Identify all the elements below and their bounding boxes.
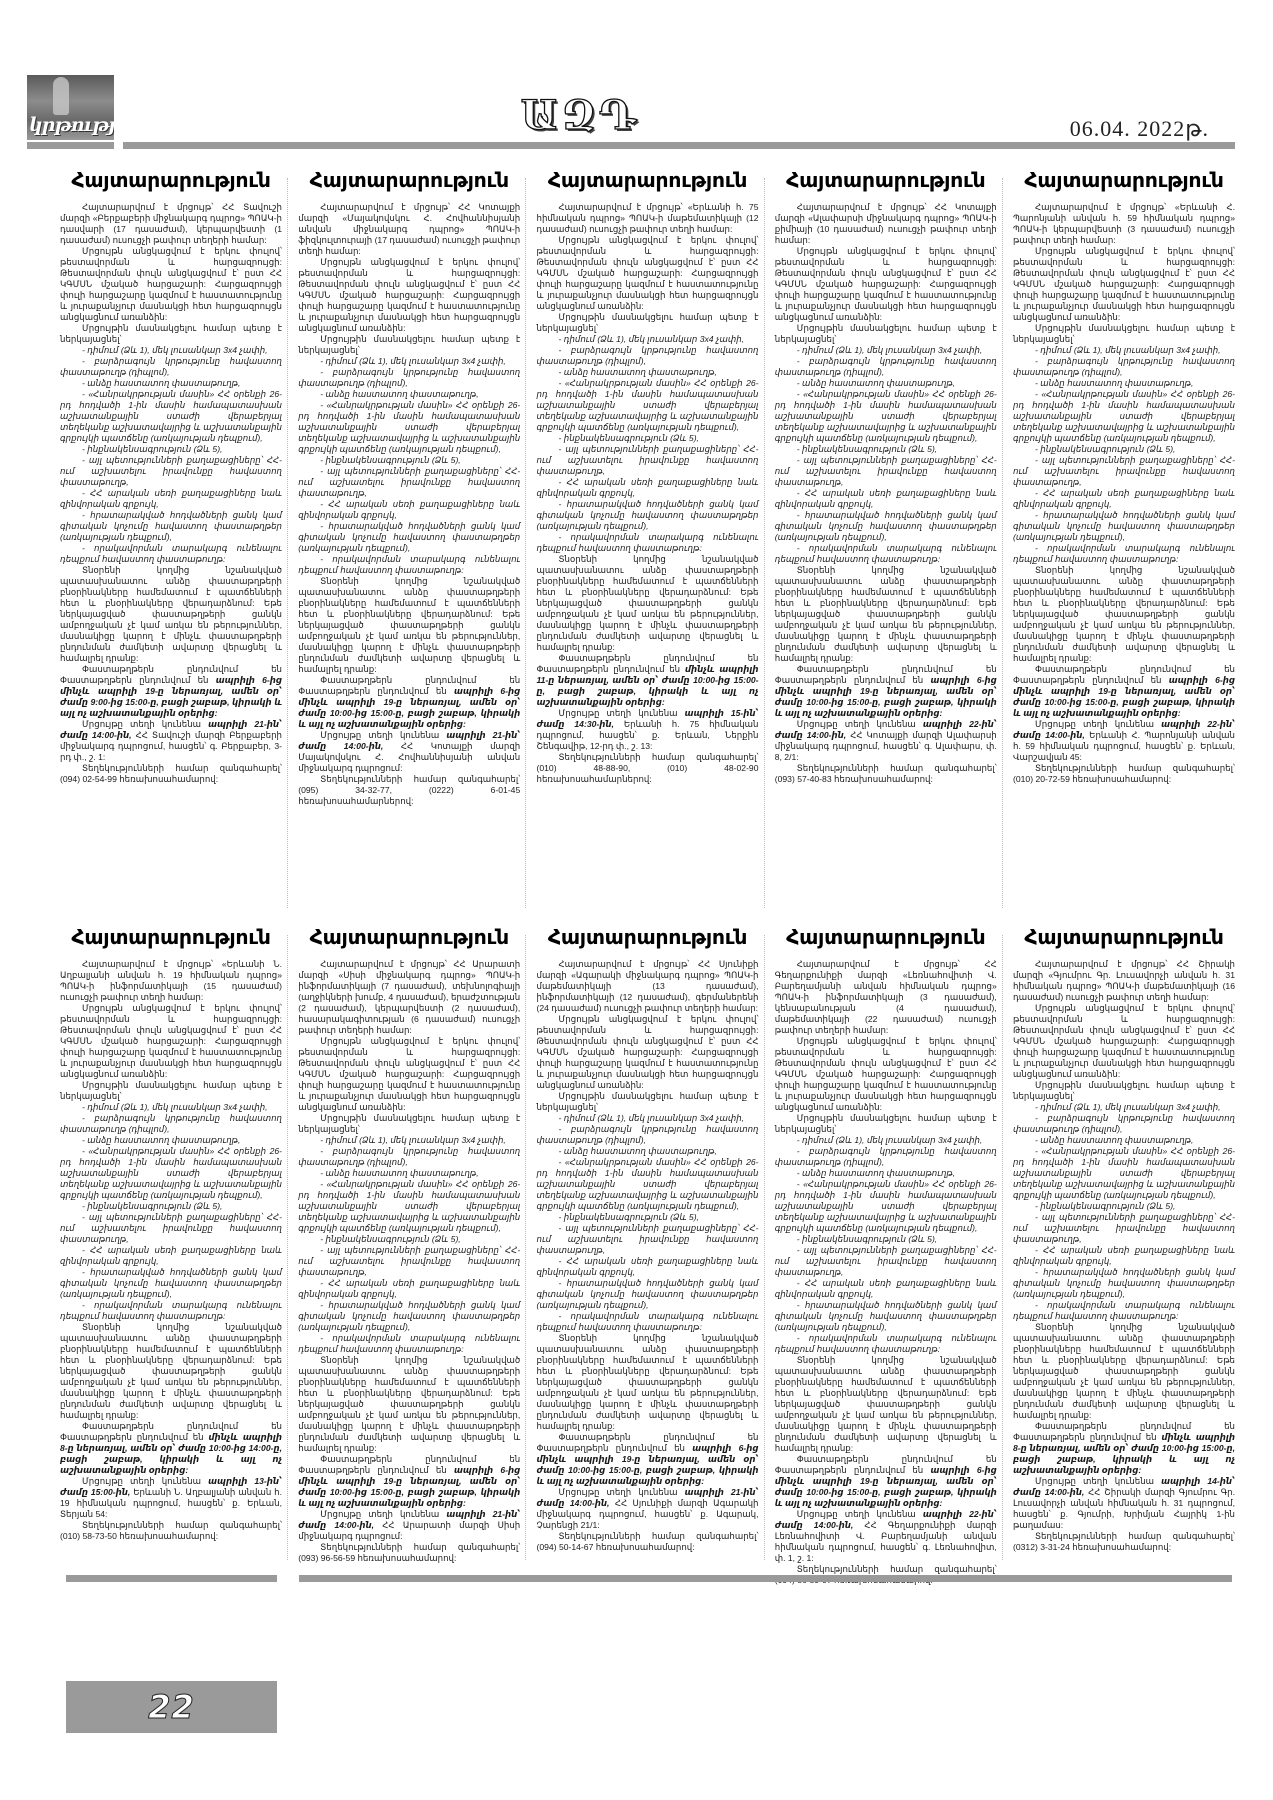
requirement-item: - ՀՀ արական սեռի քաղաքացիները նաև զինվոր… — [298, 1278, 520, 1300]
requirement-item: - այլ պետությունների քաղաքացիները՝ ՀՀ-ու… — [537, 444, 759, 477]
announcement-intro: Հայտարարվում է մրցույթ՝ ՀՀ Տավուշի մարզի… — [60, 202, 282, 246]
requirement-item: - ՀՀ արական սեռի քաղաքացիները նաև զինվոր… — [775, 488, 997, 510]
announcement-venue: Մրցույթը տեղի կունենա ապրիլի 21-ին՝ ժամը… — [298, 730, 520, 774]
requirement-item: - հրատարակված հոդվածների ցանկ կամ գիտակա… — [298, 521, 520, 554]
requirement-item: - հրատարակված հոդվածների ցանկ կամ գիտակա… — [1013, 1267, 1235, 1300]
column-separator — [525, 178, 526, 908]
announcement-heading: Հայտարարություն — [537, 925, 759, 949]
announcement-deadline: Փաստաթղթերն ընդունվում են Փաստաթղթերն ըն… — [60, 664, 282, 719]
requirement-item: - անձը հաստատող փաստաթուղթ, — [60, 378, 282, 389]
requirement-item: - ինքնակենսագրություն (Ձև 5), — [537, 1212, 759, 1223]
requirement-item: - հրատարակված հոդվածների ցանկ կամ գիտակա… — [537, 1278, 759, 1311]
announcement-stages: Մրցույթն անցկացվում է երկու փուլով՝ թեստ… — [298, 1036, 520, 1113]
announcement-deadline: Փաստաթղթերն ընդունվում են Փաստաթղթերն ըն… — [1013, 1421, 1235, 1476]
announcement-heading: Հայտարարություն — [1013, 925, 1235, 949]
requirement-item: - ինքնակենսագրություն (Ձև 5), — [60, 444, 282, 455]
announcements-row-bottom: Հայտարարություն Հայտարարվում է մրցույթ՝ … — [60, 925, 1235, 1560]
requirement-item: - անձը հաստատող փաստաթուղթ, — [60, 1135, 282, 1146]
announcement-stages: Մրցույթն անցկացվում է երկու փուլով՝ թեստ… — [537, 1014, 759, 1091]
requirement-item: - հրատարակված հոդվածների ցանկ կամ գիտակա… — [1013, 510, 1235, 543]
requirement-item: - դիմում (Ձև 1), մեկ լուսանկար 3x4 չափի, — [60, 345, 282, 356]
requirement-item: - անձը հաստատող փաստաթուղթ, — [537, 1146, 759, 1157]
announcement-2: Հայտարարություն Հայտարարվում է մրցույթ՝ … — [298, 925, 520, 1560]
page-number-box: 22 — [66, 1681, 277, 1733]
requirement-item: - այլ պետությունների քաղաքացիները՝ ՀՀ-ու… — [775, 1245, 997, 1278]
announcement-docs-check: Տնօրենի կողմից նշանակված պատասխանատու ան… — [775, 1355, 997, 1454]
announcement-stages: Մրցույթն անցկացվում է երկու փուլով՝ թեստ… — [775, 1036, 997, 1113]
announcement-stages: Մրցույթն անցկացվում է երկու փուլով՝ թեստ… — [775, 246, 997, 323]
announcement-intro: Հայտարարվում է մրցույթ՝ ՀՀ Սյունիքի մարզ… — [537, 959, 759, 1014]
requirement-item: - ինքնակենսագրություն (Ձև 5), — [775, 1234, 997, 1245]
announcement-3: Հայտարարություն Հայտարարվում է մրցույթ՝ … — [537, 925, 759, 1560]
announcement-deadline: Փաստաթղթերն ընդունվում են Փաստաթղթերն ըն… — [775, 1454, 997, 1509]
requirement-item: - «Հանրակրթության մասին» ՀՀ օրենքի 26-րդ… — [775, 1179, 997, 1234]
column-separator — [1002, 178, 1003, 908]
requirement-item: - «Հանրակրթության մասին» ՀՀ օրենքի 26-րդ… — [298, 1179, 520, 1234]
announcement-requirements-lead: Մրցույթին մասնակցելու համար պետք է ներկա… — [60, 1080, 282, 1102]
announcement-venue: Մրցույթը տեղի կունենա ապրիլի 21-ին՝ ժամը… — [60, 719, 282, 763]
requirement-item: - ինքնակենսագրություն (Ձև 5), — [60, 1201, 282, 1212]
requirements-list: - դիմում (Ձև 1), մեկ լուսանկար 3x4 չափի,… — [60, 1102, 282, 1322]
announcement-docs-check: Տնօրենի կողմից նշանակված պատասխանատու ան… — [537, 1333, 759, 1432]
announcement-contact: Տեղեկությունների համար զանգահարել՝ (095)… — [298, 774, 520, 807]
requirement-item: - հրատարակված հոդվածների ցանկ կամ գիտակա… — [775, 1300, 997, 1333]
requirement-item: - որակավորման տարակարգ ունենալու դեպքում… — [1013, 1300, 1235, 1322]
column-separator — [525, 935, 526, 1560]
requirement-item: - որակավորման տարակարգ ունենալու դեպքում… — [60, 543, 282, 565]
announcement-intro: Հայտարարվում է մրցույթ՝ ՀՀ Կոտայքի մարզի… — [298, 202, 520, 257]
requirement-item: - «Հանրակրթության մասին» ՀՀ օրենքի 26-րդ… — [775, 389, 997, 444]
announcement-2: Հայտարարություն Հայտարարվում է մրցույթ՝ … — [298, 168, 520, 908]
announcement-venue: Մրցույթը տեղի կունենա ապրիլի 22-ին՝ ժամը… — [775, 719, 997, 763]
statue-image — [53, 77, 69, 115]
requirement-item: - այլ պետությունների քաղաքացիները՝ ՀՀ-ու… — [60, 1212, 282, 1245]
announcement-heading: Հայտարարություն — [60, 168, 282, 192]
announcement-heading: Հայտարարություն — [298, 168, 520, 192]
announcement-4: Հայտարարություն Հայտարարվում է մրցույթ՝ … — [775, 168, 997, 908]
announcement-5: Հայտարարություն Հայտարարվում է մրցույթ՝ … — [1013, 168, 1235, 908]
requirement-item: - որակավորման տարակարգ ունենալու դեպքում… — [60, 1300, 282, 1322]
requirement-item: - անձը հաստատող փաստաթուղթ, — [775, 1168, 997, 1179]
announcement-intro: Հայտարարվում է մրցույթ՝ ՀՀ Շիրակի մարզի … — [1013, 959, 1235, 1003]
requirement-item: - ՀՀ արական սեռի քաղաքացիները նաև զինվոր… — [60, 1245, 282, 1267]
announcement-venue: Մրցույթը տեղի կունենա ապրիլի 21-ին՝ ժամը… — [298, 1509, 520, 1542]
column-separator — [287, 178, 288, 908]
section-logo: կրթություն — [27, 75, 114, 140]
announcement-stages: Մրցույթն անցկացվում է երկու փուլով՝ թեստ… — [298, 257, 520, 334]
announcement-contact: Տեղեկությունների համար զանգահարել՝ (0312… — [1013, 1531, 1235, 1553]
logo-underline-bar — [27, 142, 114, 149]
announcement-venue: Մրցույթը տեղի կունենա ապրիլի 15-ին՝ ժամը… — [537, 708, 759, 752]
header-rule — [123, 142, 1235, 149]
requirements-list: - դիմում (Ձև 1), մեկ լուսանկար 3x4 չափի,… — [775, 1135, 997, 1355]
requirements-list: - դիմում (Ձև 1), մեկ լուսանկար 3x4 չափի,… — [775, 345, 997, 565]
requirement-item: - «Հանրակրթության մասին» ՀՀ օրենքի 26-րդ… — [1013, 1146, 1235, 1201]
announcement-requirements-lead: Մրցույթին մասնակցելու համար պետք է ներկա… — [298, 1113, 520, 1135]
requirement-item: - այլ պետությունների քաղաքացիները՝ ՀՀ-ու… — [1013, 455, 1235, 488]
requirement-item: - դիմում (Ձև 1), մեկ լուսանկար 3x4 չափի, — [537, 334, 759, 345]
requirements-list: - դիմում (Ձև 1), մեկ լուսանկար 3x4 չափի,… — [298, 1135, 520, 1355]
requirement-item: - բարձրագույն կրթությունը հավաստող փաստա… — [537, 1124, 759, 1146]
announcement-heading: Հայտարարություն — [60, 925, 282, 949]
announcement-requirements-lead: Մրցույթին մասնակցելու համար պետք է ներկա… — [298, 334, 520, 356]
requirement-item: - դիմում (Ձև 1), մեկ լուսանկար 3x4 չափի, — [298, 1135, 520, 1146]
requirement-item: - դիմում (Ձև 1), մեկ լուսանկար 3x4 չափի, — [1013, 345, 1235, 356]
requirement-item: - այլ պետությունների քաղաքացիները՝ ՀՀ-ու… — [775, 455, 997, 488]
requirement-item: - այլ պետությունների քաղաքացիները՝ ՀՀ-ու… — [60, 455, 282, 488]
announcement-deadline: Փաստաթղթերն ընդունվում են Փաստաթղթերն ըն… — [537, 1432, 759, 1487]
column-separator — [764, 178, 765, 908]
requirement-item: - այլ պետությունների քաղաքացիները՝ ՀՀ-ու… — [298, 466, 520, 499]
requirements-list: - դիմում (Ձև 1), մեկ լուսանկար 3x4 չափի,… — [1013, 1102, 1235, 1322]
requirement-item: - այլ պետությունների քաղաքացիները՝ ՀՀ-ու… — [537, 1223, 759, 1256]
requirement-item: - դիմում (Ձև 1), մեկ լուսանկար 3x4 չափի, — [298, 356, 520, 367]
announcement-deadline: Փաստաթղթերն ընդունվում են Փաստաթղթերն ըն… — [298, 1454, 520, 1509]
requirement-item: - հրատարակված հոդվածների ցանկ կամ գիտակա… — [60, 510, 282, 543]
announcement-contact: Տեղեկությունների համար զանգահարել՝ (093)… — [298, 1542, 520, 1564]
section-logo-text: կրթություն — [29, 114, 112, 136]
requirement-item: - ինքնակենսագրություն (Ձև 5), — [775, 444, 997, 455]
announcement-3: Հայտարարություն Հայտարարվում է մրցույթ՝ … — [537, 168, 759, 908]
announcement-heading: Հայտարարություն — [1013, 168, 1235, 192]
requirement-item: - որակավորման տարակարգ ունենալու դեպքում… — [775, 1333, 997, 1355]
announcement-5: Հայտարարություն Հայտարարվում է մրցույթ՝ … — [1013, 925, 1235, 1560]
announcement-deadline: Փաստաթղթերն ընդունվում են Փաստաթղթերն ըն… — [60, 1421, 282, 1476]
requirement-item: - անձը հաստատող փաստաթուղթ, — [537, 367, 759, 378]
requirement-item: - ՀՀ արական սեռի քաղաքացիները նաև զինվոր… — [1013, 488, 1235, 510]
announcement-contact: Տեղեկությունների համար զանգահարել՝ (094)… — [537, 1531, 759, 1553]
announcements-row-top: Հայտարարություն Հայտարարվում է մրցույթ՝ … — [60, 168, 1235, 908]
requirement-item: - ՀՀ արական սեռի քաղաքացիները նաև զինվոր… — [537, 1256, 759, 1278]
announcement-docs-check: Տնօրենի կողմից նշանակված պատասխանատու ան… — [298, 576, 520, 675]
footer-rule-right — [299, 1575, 1232, 1582]
requirement-item: - դիմում (Ձև 1), մեկ լուսանկար 3x4 չափի, — [60, 1102, 282, 1113]
requirement-item: - դիմում (Ձև 1), մեկ լուսանկար 3x4 չափի, — [775, 345, 997, 356]
announcement-docs-check: Տնօրենի կողմից նշանակված պատասխանատու ան… — [1013, 565, 1235, 664]
column-separator — [1002, 935, 1003, 1560]
requirement-item: - ինքնակենսագրություն (Ձև 5), — [1013, 444, 1235, 455]
requirement-item: - «Հանրակրթության մասին» ՀՀ օրենքի 26-րդ… — [537, 1157, 759, 1212]
requirement-item: - որակավորման տարակարգ ունենալու դեպքում… — [298, 1333, 520, 1355]
announcement-1: Հայտարարություն Հայտարարվում է մրցույթ՝ … — [60, 925, 282, 1560]
announcement-stages: Մրցույթն անցկացվում է երկու փուլով՝ թեստ… — [60, 246, 282, 323]
requirement-item: - «Հանրակրթության մասին» ՀՀ օրենքի 26-րդ… — [60, 389, 282, 444]
requirement-item: - «Հանրակրթության մասին» ՀՀ օրենքի 26-րդ… — [537, 378, 759, 433]
announcement-requirements-lead: Մրցույթին մասնակցելու համար պետք է ներկա… — [1013, 1080, 1235, 1102]
requirement-item: - որակավորման տարակարգ ունենալու դեպքում… — [537, 532, 759, 554]
announcement-deadline: Փաստաթղթերն ընդունվում են Փաստաթղթերն ըն… — [537, 653, 759, 708]
requirement-item: - դիմում (Ձև 1), մեկ լուսանկար 3x4 չափի, — [775, 1135, 997, 1146]
announcement-requirements-lead: Մրցույթին մասնակցելու համար պետք է ներկա… — [60, 323, 282, 345]
issue-date: 06.04. 2022թ. — [1070, 116, 1209, 142]
announcement-requirements-lead: Մրցույթին մասնակցելու համար պետք է ներկա… — [1013, 323, 1235, 345]
requirement-item: - ինքնակենսագրություն (Ձև 5), — [537, 433, 759, 444]
announcement-requirements-lead: Մրցույթին մասնակցելու համար պետք է ներկա… — [537, 1091, 759, 1113]
requirement-item: - բարձրագույն կրթությունը հավաստող փաստա… — [60, 1113, 282, 1135]
announcement-venue: Մրցույթը տեղի կունենա ապրիլի 22-ին՝ ժամը… — [775, 1509, 997, 1564]
requirements-list: - դիմում (Ձև 1), մեկ լուսանկար 3x4 չափի,… — [60, 345, 282, 565]
requirement-item: - ինքնակենսագրություն (Ձև 5), — [1013, 1201, 1235, 1212]
requirement-item: - անձը հաստատող փաստաթուղթ, — [1013, 378, 1235, 389]
announcement-docs-check: Տնօրենի կողմից նշանակված պատասխանատու ան… — [775, 565, 997, 664]
announcement-heading: Հայտարարություն — [298, 925, 520, 949]
announcement-docs-check: Տնօրենի կողմից նշանակված պատասխանատու ան… — [60, 565, 282, 664]
announcement-requirements-lead: Մրցույթին մասնակցելու համար պետք է ներկա… — [537, 312, 759, 334]
announcement-intro: Հայտարարվում է մրցույթ՝ «Երևանի հ. 75 հի… — [537, 202, 759, 235]
announcement-1: Հայտարարություն Հայտարարվում է մրցույթ՝ … — [60, 168, 282, 908]
announcement-contact: Տեղեկությունների համար զանգահարել՝ (010)… — [60, 1520, 282, 1542]
requirement-item: - բարձրագույն կրթությունը հավաստող փաստա… — [298, 1146, 520, 1168]
requirement-item: - հրատարակված հոդվածների ցանկ կամ գիտակա… — [298, 1300, 520, 1333]
announcement-docs-check: Տնօրենի կողմից նշանակված պատասխանատու ան… — [60, 1322, 282, 1421]
requirement-item: - որակավորման տարակարգ ունենալու դեպքում… — [537, 1311, 759, 1333]
requirement-item: - հրատարակված հոդվածների ցանկ կամ գիտակա… — [60, 1267, 282, 1300]
requirements-list: - դիմում (Ձև 1), մեկ լուսանկար 3x4 չափի,… — [1013, 345, 1235, 565]
requirement-item: - ՀՀ արական սեռի քաղաքացիները նաև զինվոր… — [775, 1278, 997, 1300]
announcement-intro: Հայտարարվում է մրցույթ՝ «Երևանի Ն. Աղբալ… — [60, 959, 282, 1003]
requirement-item: - անձը հաստատող փաստաթուղթ, — [1013, 1135, 1235, 1146]
requirement-item: - ՀՀ արական սեռի քաղաքացիները նաև զինվոր… — [1013, 1245, 1235, 1267]
requirement-item: - ՀՀ արական սեռի քաղաքացիները նաև զինվոր… — [298, 499, 520, 521]
announcement-stages: Մրցույթն անցկացվում է երկու փուլով՝ թեստ… — [60, 1003, 282, 1080]
requirement-item: - բարձրագույն կրթությունը հավաստող փաստա… — [298, 367, 520, 389]
announcement-docs-check: Տնօրենի կողմից նշանակված պատասխանատու ան… — [537, 554, 759, 653]
announcement-intro: Հայտարարվում է մրցույթ՝ ՀՀ Կոտայքի մարզի… — [775, 202, 997, 246]
announcement-contact: Տեղեկությունների համար զանգահարել՝ (010)… — [537, 752, 759, 785]
announcement-venue: Մրցույթը տեղի կունենա ապրիլի 22-ին՝ ժամը… — [1013, 719, 1235, 763]
announcement-requirements-lead: Մրցույթին մասնակցելու համար պետք է ներկա… — [775, 323, 997, 345]
announcement-venue: Մրցույթը տեղի կունենա ապրիլի 13-ին՝ ժամը… — [60, 1476, 282, 1520]
announcement-4: Հայտարարություն Հայտարարվում է մրցույթ՝ … — [775, 925, 997, 1560]
announcement-deadline: Փաստաթղթերն ընդունվում են Փաստաթղթերն ըն… — [298, 675, 520, 730]
requirements-list: - դիմում (Ձև 1), մեկ լուսանկար 3x4 չափի,… — [298, 356, 520, 576]
requirement-item: - անձը հաստատող փաստաթուղթ, — [775, 378, 997, 389]
announcement-heading: Հայտարարություն — [775, 925, 997, 949]
requirement-item: - այլ պետությունների քաղաքացիները՝ ՀՀ-ու… — [1013, 1212, 1235, 1245]
announcement-stages: Մրցույթն անցկացվում է երկու փուլով՝ թեստ… — [1013, 246, 1235, 323]
requirement-item: - բարձրագույն կրթությունը հավաստող փաստա… — [1013, 356, 1235, 378]
announcement-heading: Հայտարարություն — [537, 168, 759, 192]
requirement-item: - ինքնակենսագրություն (Ձև 5), — [298, 455, 520, 466]
requirement-item: - բարձրագույն կրթությունը հավաստող փաստա… — [1013, 1113, 1235, 1135]
requirement-item: - «Հանրակրթության մասին» ՀՀ օրենքի 26-րդ… — [298, 400, 520, 455]
announcement-contact: Տեղեկությունների համար զանգահարել՝ (093)… — [775, 763, 997, 785]
requirement-item: - դիմում (Ձև 1), մեկ լուսանկար 3x4 չափի, — [1013, 1102, 1235, 1113]
column-separator — [287, 935, 288, 1560]
announcement-contact: Տեղեկությունների համար զանգահարել՝ (010)… — [1013, 763, 1235, 785]
requirement-item: - բարձրագույն կրթությունը հավաստող փաստա… — [775, 1146, 997, 1168]
announcement-contact: Տեղեկությունների համար զանգահարել՝ (094)… — [60, 763, 282, 785]
requirement-item: - դիմում (Ձև 1), մեկ լուսանկար 3x4 չափի, — [537, 1113, 759, 1124]
requirement-item: - հրատարակված հոդվածների ցանկ կամ գիտակա… — [537, 499, 759, 532]
publication-title: ԱԶԴ — [521, 92, 640, 139]
page-number: 22 — [148, 1688, 195, 1726]
announcement-intro: Հայտարարվում է մրցույթ՝ «Երևանի Հ. Պարոն… — [1013, 202, 1235, 246]
footer-rule-left — [66, 1575, 277, 1582]
announcement-venue: Մրցույթը տեղի կունենա ապրիլի 21-ին՝ ժամը… — [537, 1487, 759, 1531]
announcement-deadline: Փաստաթղթերն ընդունվում են Փաստաթղթերն ըն… — [775, 664, 997, 719]
requirement-item: - բարձրագույն կրթությունը հավաստող փաստա… — [775, 356, 997, 378]
requirements-list: - դիմում (Ձև 1), մեկ լուսանկար 3x4 չափի,… — [537, 334, 759, 554]
announcement-intro: Հայտարարվում է մրցույթ՝ ՀՀ Արարատի մարզի… — [298, 959, 520, 1036]
announcement-intro: Հայտարարվում է մրցույթ՝ ՀՀ Գեղարքունիքի … — [775, 959, 997, 1036]
requirement-item: - այլ պետությունների քաղաքացիները՝ ՀՀ-ու… — [298, 1245, 520, 1278]
announcement-deadline: Փաստաթղթերն ընդունվում են Փաստաթղթերն ըն… — [1013, 664, 1235, 719]
announcement-requirements-lead: Մրցույթին մասնակցելու համար պետք է ներկա… — [775, 1113, 997, 1135]
announcement-heading: Հայտարարություն — [775, 168, 997, 192]
requirement-item: - որակավորման տարակարգ ունենալու դեպքում… — [1013, 543, 1235, 565]
requirement-item: - որակավորման տարակարգ ունենալու դեպքում… — [775, 543, 997, 565]
announcement-stages: Մրցույթն անցկացվում է երկու փուլով՝ թեստ… — [537, 235, 759, 312]
masthead: կրթություն ԱԶԴ 06.04. 2022թ. — [0, 0, 1273, 160]
requirement-item: - բարձրագույն կրթությունը հավաստող փաստա… — [537, 345, 759, 367]
announcement-docs-check: Տնօրենի կողմից նշանակված պատասխանատու ան… — [1013, 1322, 1235, 1421]
column-separator — [764, 935, 765, 1560]
announcement-stages: Մրցույթն անցկացվում է երկու փուլով՝ թեստ… — [1013, 1003, 1235, 1080]
requirements-list: - դիմում (Ձև 1), մեկ լուսանկար 3x4 չափի,… — [537, 1113, 759, 1333]
requirement-item: - ինքնակենսագրություն (Ձև 5), — [298, 1234, 520, 1245]
requirement-item: - բարձրագույն կրթությունը հավաստող փաստա… — [60, 356, 282, 378]
requirement-item: - «Հանրակրթության մասին» ՀՀ օրենքի 26-րդ… — [1013, 389, 1235, 444]
requirement-item: - «Հանրակրթության մասին» ՀՀ օրենքի 26-րդ… — [60, 1146, 282, 1201]
announcement-venue: Մրցույթը տեղի կունենա ապրիլի 14-ին՝ ժամը… — [1013, 1476, 1235, 1531]
requirement-item: - ՀՀ արական սեռի քաղաքացիները նաև զինվոր… — [60, 488, 282, 510]
requirement-item: - ՀՀ արական սեռի քաղաքացիները նաև զինվոր… — [537, 477, 759, 499]
requirement-item: - հրատարակված հոդվածների ցանկ կամ գիտակա… — [775, 510, 997, 543]
announcement-docs-check: Տնօրենի կողմից նշանակված պատասխանատու ան… — [298, 1355, 520, 1454]
requirement-item: - որակավորման տարակարգ ունենալու դեպքում… — [298, 554, 520, 576]
requirement-item: - անձը հաստատող փաստաթուղթ, — [298, 1168, 520, 1179]
requirement-item: - անձը հաստատող փաստաթուղթ, — [298, 389, 520, 400]
